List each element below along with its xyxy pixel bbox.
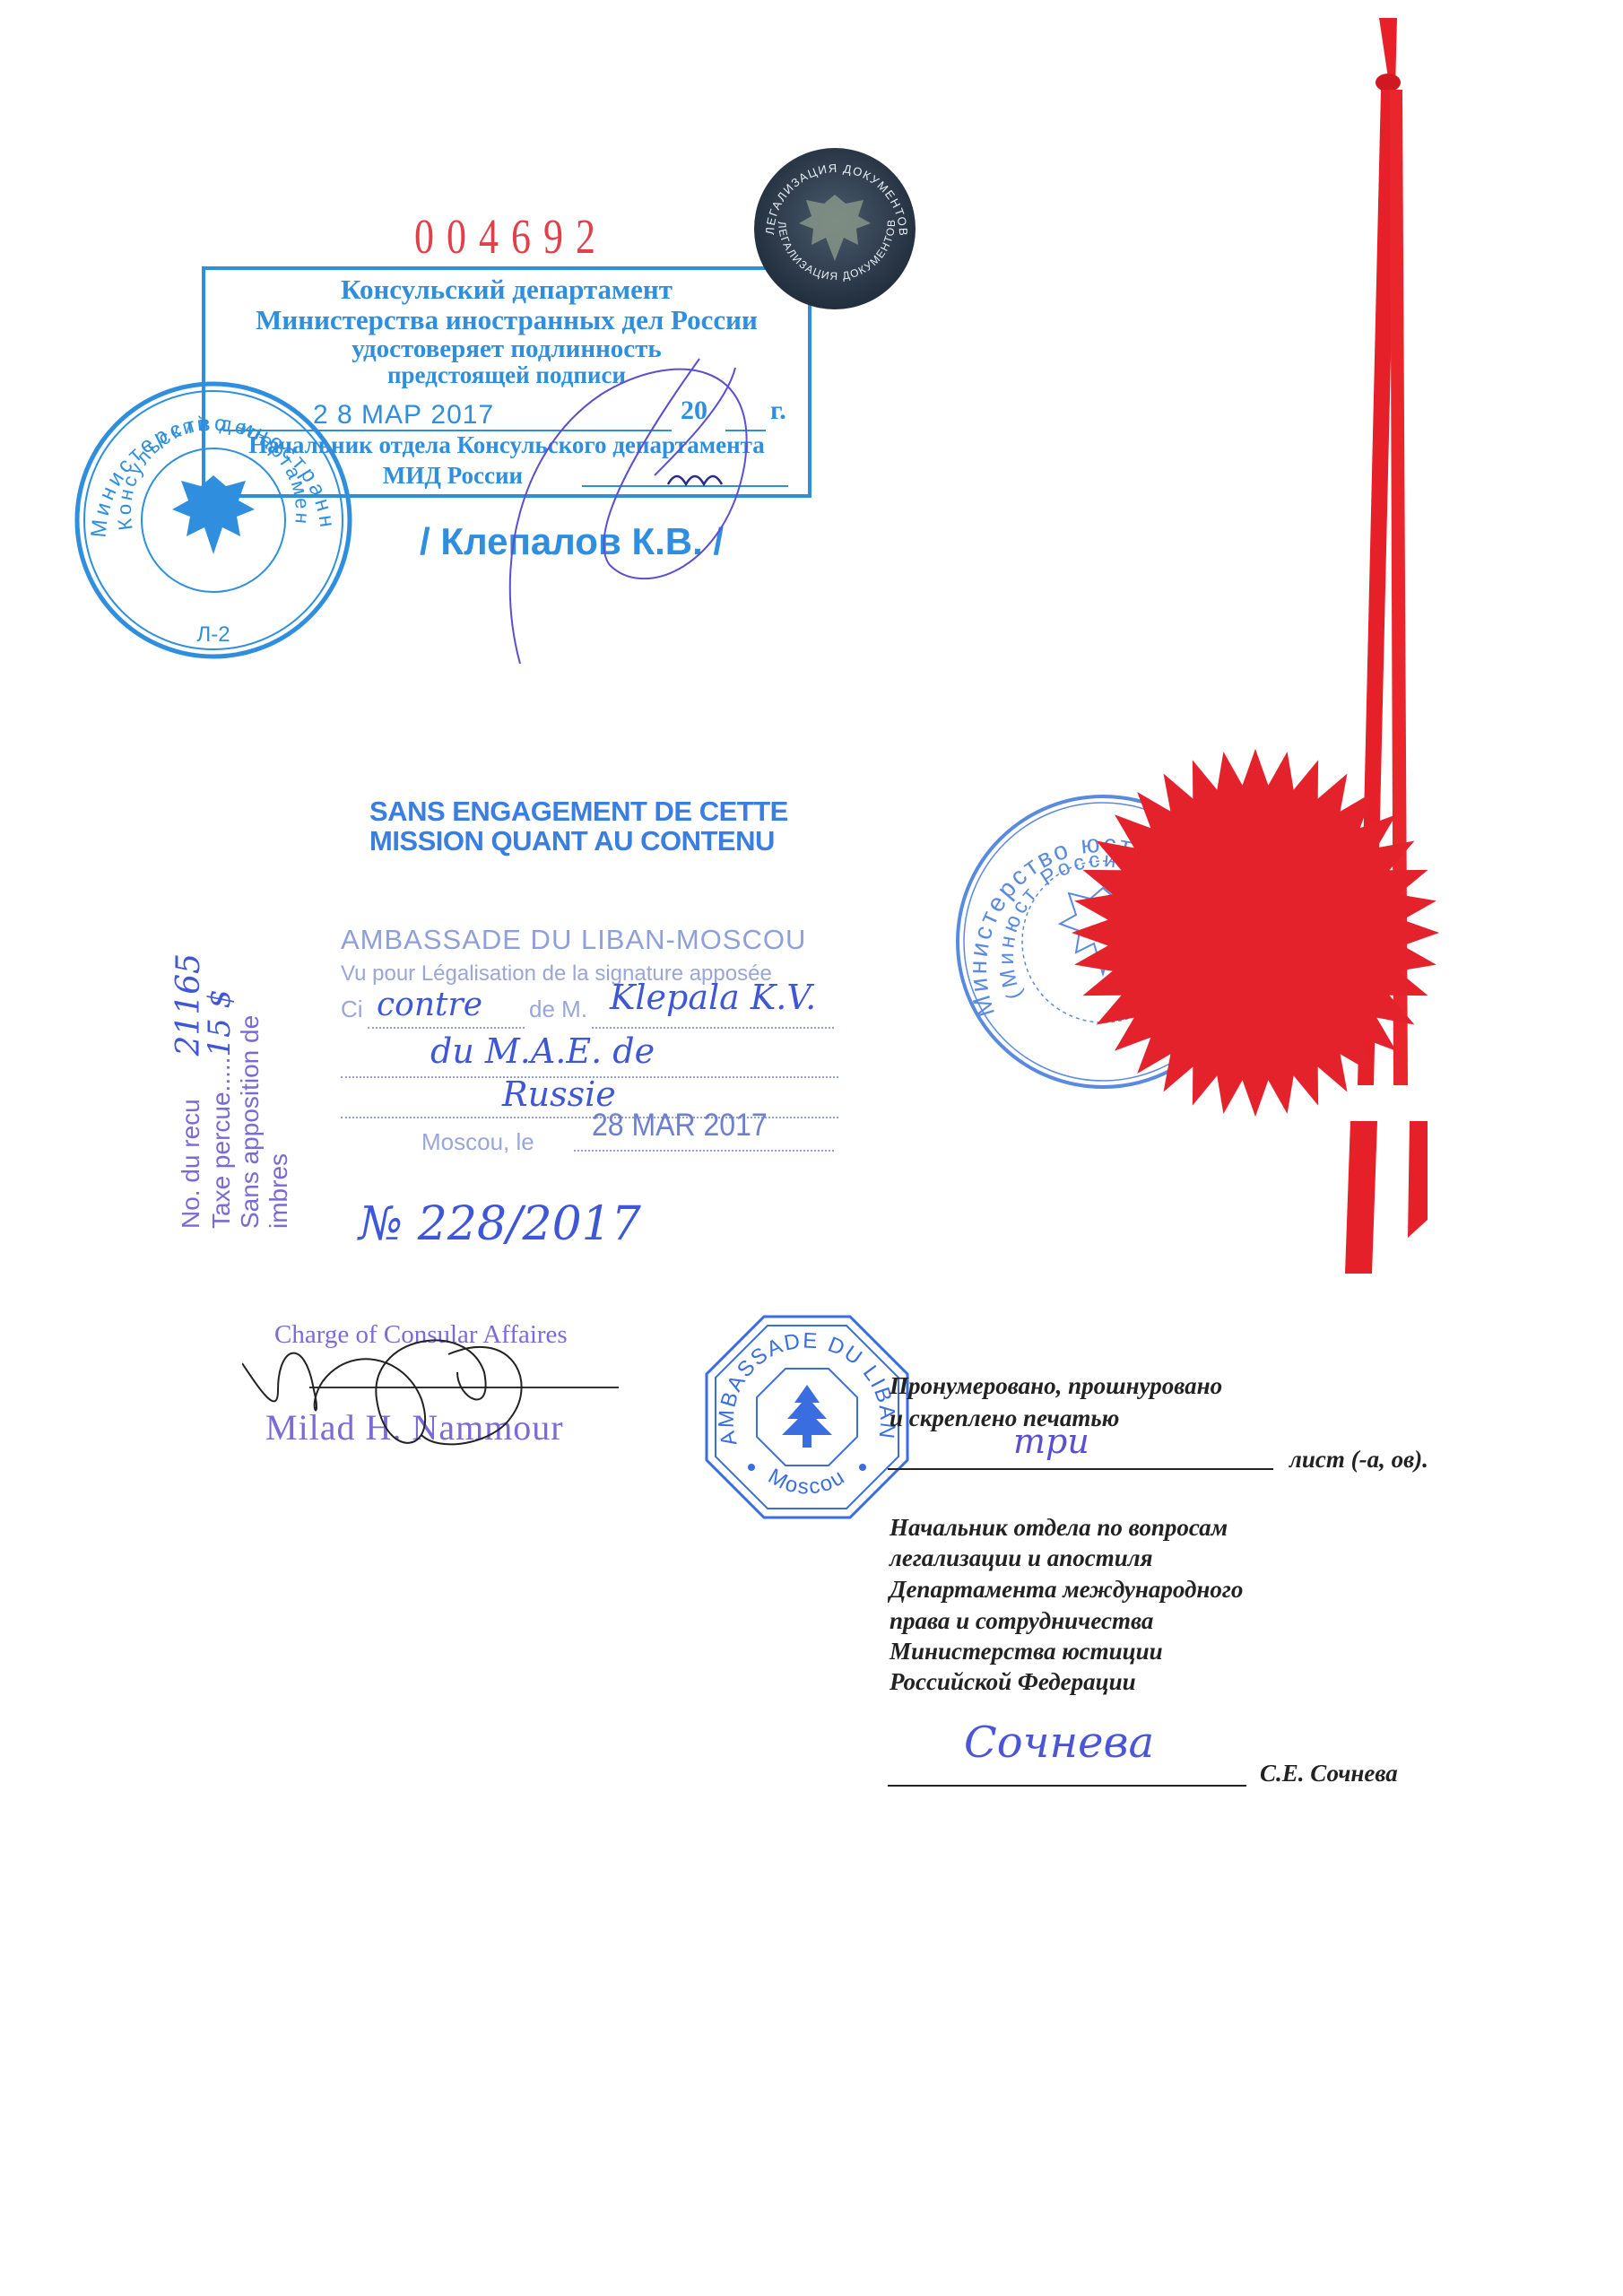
red-wax-rosette [1058, 735, 1453, 1130]
receipt-line3: Sans apposition de [236, 953, 265, 1229]
embassy-ci-handwritten: contre [377, 987, 482, 1023]
hologram-sticker: ЛЕГАЛИЗАЦИЯ ДОКУМЕНТОВ ЛЕГАЛИЗАЦИЯ ДОКУМ… [751, 145, 918, 312]
sheets-rule [888, 1468, 1273, 1470]
embassy-stamp-date: 28 MAR 2017 [592, 1107, 768, 1144]
embassy-name-handwritten: Klepala K.V. [610, 978, 816, 1017]
receipt-block: No. du recu 21165 Taxe percue.....15 $ S… [175, 953, 293, 1229]
justice-position-line4: права и сотрудничества [890, 1607, 1153, 1635]
dotted-rule [368, 1027, 525, 1029]
consul-signature [242, 1318, 538, 1462]
justice-position-line3: Департамента международного [890, 1576, 1243, 1604]
tax-handwritten: 15 $ [202, 989, 238, 1057]
receipt-number-label: No. du recu [177, 1099, 204, 1229]
embassy-octagonal-seal: AMBASSADE DU LIBAN Moscou [699, 1309, 915, 1525]
justice-position-line1: Начальник отдела по вопросам [890, 1514, 1228, 1542]
receipt-line4: imbres [265, 953, 293, 1229]
justice-position-line6: Российской Федерации [890, 1668, 1136, 1696]
embassy-seal-bottom-text: Moscou [764, 1464, 850, 1499]
mid-stamp-line2: Министерства иностранных дел России [205, 304, 808, 336]
embassy-disclaimer-stamp: SANS ENGAGEMENT DE CETTE MISSION QUANT A… [369, 796, 788, 856]
dotted-rule [592, 1027, 834, 1029]
embassy-ci-label: Ci [341, 996, 363, 1023]
mid-stamp-line1: Консульский департамент [205, 274, 808, 306]
dotted-rule [574, 1150, 834, 1152]
embassy-place-label: Moscou, le [421, 1128, 534, 1156]
justice-position-line5: Министерства юстиции [890, 1638, 1163, 1665]
justice-signatory: С.Е. Сочнева [1260, 1760, 1398, 1787]
sheets-label: лист (-а, ов). [1289, 1446, 1428, 1474]
disclaimer-line2: MISSION QUANT AU CONTENU [369, 826, 788, 856]
justice-signature-rule [888, 1785, 1246, 1787]
embassy-stamp-title: AMBASSADE DU LIBAN-MOSCOU [341, 924, 806, 956]
handwritten-registration-number: № 228/2017 [359, 1197, 641, 1251]
mid-year-suffix: г. [770, 396, 786, 426]
mid-seal-code: Л-2 [196, 622, 230, 647]
serial-number: 004692 [414, 208, 608, 265]
double-headed-eagle-icon [172, 475, 255, 554]
justice-position-line2: легализации и апостиля [890, 1544, 1153, 1572]
svg-text:Moscou: Moscou [764, 1464, 850, 1499]
sheets-handwritten: три [1013, 1422, 1089, 1461]
justice-signature-handwritten: Сочнева [964, 1718, 1154, 1768]
rosette-shape [1072, 749, 1439, 1117]
disclaimer-line1: SANS ENGAGEMENT DE CETTE [369, 796, 788, 826]
mid-signature [466, 341, 771, 664]
mid-round-seal: Министерство иностранных дел России Конс… [70, 377, 357, 664]
cedar-tree-icon [782, 1385, 832, 1448]
justice-line1: Пронумеровано, прошнуровано [890, 1372, 1222, 1400]
embassy-de-m-label: de M. [529, 996, 587, 1023]
embassy-line2-handwritten: du M.A.E. de [430, 1031, 655, 1071]
tax-label: Taxe percue..... [207, 1057, 235, 1229]
